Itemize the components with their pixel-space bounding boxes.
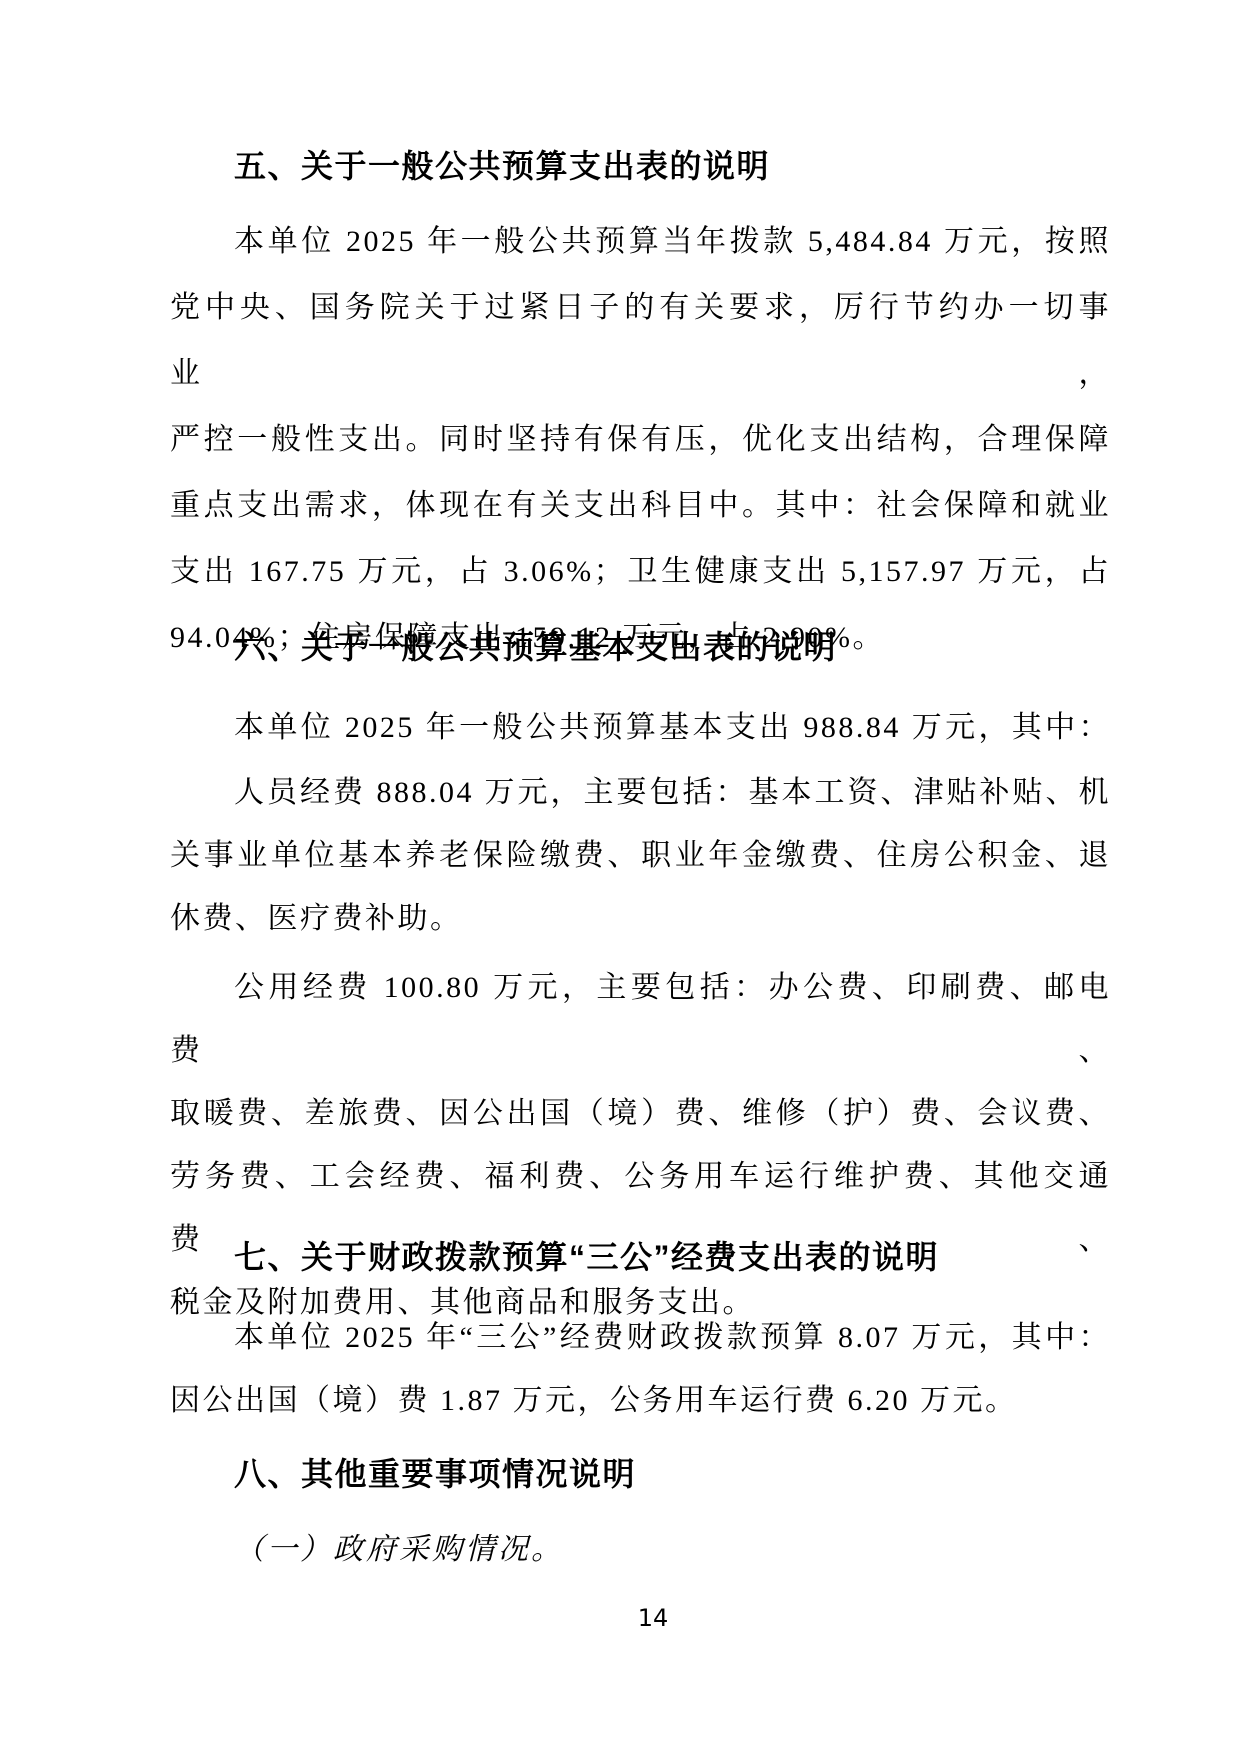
text-line: 严控一般性支出。同时坚持有保有压，优化支出结构，合理保障 — [170, 407, 1111, 473]
section-heading-7: 七、关于财政拨款预算“三公”经费支出表的说明 — [170, 1235, 1111, 1279]
paragraph-personnel-expenses: 人员经费 888.04 万元，主要包括：基本工资、津贴补贴、机 关事业单位基本养… — [170, 761, 1111, 950]
text-line: 支出 167.75 万元，占 3.06%；卫生健康支出 5,157.97 万元，… — [170, 539, 1111, 605]
text-line: 党中央、国务院关于过紧日子的有关要求，厉行节约办一切事业， — [170, 275, 1111, 407]
paragraph-government-procurement: （一）政府采购情况。 — [170, 1518, 1111, 1581]
paragraph-basic-expenditure-total: 本单位 2025 年一般公共预算基本支出 988.84 万元，其中： — [170, 696, 1111, 759]
page-number: 14 — [170, 1603, 1136, 1633]
document-page: 五、关于一般公共预算支出表的说明 本单位 2025 年一般公共预算当年拨款 5,… — [0, 0, 1241, 1755]
paragraph-general-budget-expenditure: 本单位 2025 年一般公共预算当年拨款 5,484.84 万元，按照 党中央、… — [170, 209, 1111, 671]
text-line: 休费、医疗费补助。 — [170, 887, 1111, 950]
text-line: 公用经费 100.80 万元，主要包括：办公费、印刷费、邮电费、 — [170, 956, 1111, 1082]
text-line: 本单位 2025 年“三公”经费财政拨款预算 8.07 万元，其中： — [170, 1306, 1111, 1369]
section-heading-8: 八、其他重要事项情况说明 — [170, 1452, 1111, 1496]
text-line: 人员经费 888.04 万元，主要包括：基本工资、津贴补贴、机 — [170, 761, 1111, 824]
paragraph-three-public-expenses: 本单位 2025 年“三公”经费财政拨款预算 8.07 万元，其中： 因公出国（… — [170, 1306, 1111, 1432]
section-heading-6: 六、关于一般公共预算基本支出表的说明 — [170, 625, 1111, 669]
text-line: 关事业单位基本养老保险缴费、职业年金缴费、住房公积金、退 — [170, 824, 1111, 887]
text-line: 本单位 2025 年一般公共预算当年拨款 5,484.84 万元，按照 — [170, 209, 1111, 275]
text-line: 重点支出需求，体现在有关支出科目中。其中：社会保障和就业 — [170, 473, 1111, 539]
section-heading-5: 五、关于一般公共预算支出表的说明 — [170, 144, 1111, 188]
text-line: 取暖费、差旅费、因公出国（境）费、维修（护）费、会议费、 — [170, 1082, 1111, 1145]
text-line: 因公出国（境）费 1.87 万元，公务用车运行费 6.20 万元。 — [170, 1369, 1111, 1432]
text-line: 本单位 2025 年一般公共预算基本支出 988.84 万元，其中： — [170, 696, 1111, 759]
text-line: （一）政府采购情况。 — [170, 1518, 1111, 1581]
